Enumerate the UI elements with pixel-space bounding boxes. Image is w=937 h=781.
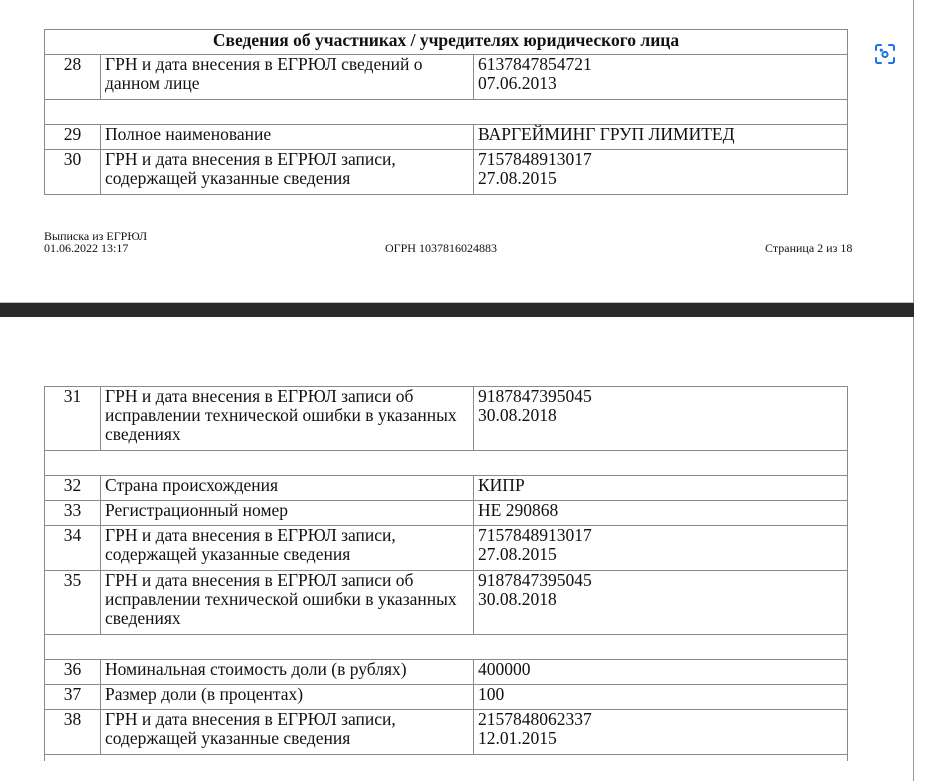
visual-lookup-icon <box>874 43 896 65</box>
field-value: 215784806233712.01.2015 <box>474 710 848 755</box>
date-value: 30.08.2018 <box>478 406 843 425</box>
field-name: Регистрационный номер <box>101 501 474 526</box>
row-number: 36 <box>45 660 101 685</box>
field-name: Полное наименование <box>101 125 474 150</box>
field-value: 715784891301727.08.2015 <box>474 526 848 571</box>
spacer-row <box>45 635 848 660</box>
field-name: ГРН и дата внесения в ЕГРЮЛ записи, соде… <box>101 150 474 195</box>
table-row: 33 Регистрационный номер НЕ 290868 <box>45 501 848 526</box>
date-value: 27.08.2015 <box>478 169 843 188</box>
visual-lookup-button[interactable] <box>874 43 896 65</box>
field-name: ГРН и дата внесения в ЕГРЮЛ записи, соде… <box>101 526 474 571</box>
table-row: 34 ГРН и дата внесения в ЕГРЮЛ записи, с… <box>45 526 848 571</box>
field-value: ВАРГЕЙМИНГ ГРУП ЛИМИТЕД <box>474 125 848 150</box>
row-number: 35 <box>45 571 101 635</box>
row-number: 31 <box>45 387 101 451</box>
footer-doc-info: Выписка из ЕГРЮЛ 01.06.2022 13:17 <box>44 230 147 254</box>
participants-table-page-3: 31 ГРН и дата внесения в ЕГРЮЛ записи об… <box>44 386 848 761</box>
table-row: 32 Страна происхождения КИПР <box>45 476 848 501</box>
table-row: 36 Номинальная стоимость доли (в рублях)… <box>45 660 848 685</box>
footer-page-number: Страница 2 из 18 <box>765 242 852 254</box>
row-number: 29 <box>45 125 101 150</box>
field-value: 400000 <box>474 660 848 685</box>
field-value: 100 <box>474 685 848 710</box>
field-name: Размер доли (в процентах) <box>101 685 474 710</box>
spacer-row <box>45 755 848 762</box>
section-title: Сведения об участниках / учредителях юри… <box>45 30 848 55</box>
field-name: Номинальная стоимость доли (в рублях) <box>101 660 474 685</box>
field-value: 613784785472107.06.2013 <box>474 55 848 100</box>
field-value: НЕ 290868 <box>474 501 848 526</box>
row-number: 30 <box>45 150 101 195</box>
row-number: 32 <box>45 476 101 501</box>
spacer-row <box>45 100 848 125</box>
table-row: 37 Размер доли (в процентах) 100 <box>45 685 848 710</box>
grn-value: 7157848913017 <box>478 150 843 169</box>
field-value: 918784739504530.08.2018 <box>474 571 848 635</box>
grn-value: 7157848913017 <box>478 526 843 545</box>
grn-value: 6137847854721 <box>478 55 843 74</box>
table-row: 29 Полное наименование ВАРГЕЙМИНГ ГРУП Л… <box>45 125 848 150</box>
row-number: 33 <box>45 501 101 526</box>
page-separator <box>0 302 914 317</box>
field-name: ГРН и дата внесения в ЕГРЮЛ записи об ис… <box>101 571 474 635</box>
table-row: 38 ГРН и дата внесения в ЕГРЮЛ записи, с… <box>45 710 848 755</box>
table-row: 31 ГРН и дата внесения в ЕГРЮЛ записи об… <box>45 387 848 451</box>
footer-datetime: 01.06.2022 13:17 <box>44 242 147 254</box>
table-row: 35 ГРН и дата внесения в ЕГРЮЛ записи об… <box>45 571 848 635</box>
date-value: 12.01.2015 <box>478 729 843 748</box>
field-name: ГРН и дата внесения в ЕГРЮЛ записи, соде… <box>101 710 474 755</box>
grn-value: 9187847395045 <box>478 571 843 590</box>
page-right-edge <box>913 0 914 781</box>
spacer-row <box>45 451 848 476</box>
footer-ogrn: ОГРН 1037816024883 <box>385 242 497 254</box>
grn-value: 2157848062337 <box>478 710 843 729</box>
field-name: Страна происхождения <box>101 476 474 501</box>
table-row: 28 ГРН и дата внесения в ЕГРЮЛ сведений … <box>45 55 848 100</box>
row-number: 37 <box>45 685 101 710</box>
field-value: 918784739504530.08.2018 <box>474 387 848 451</box>
date-value: 07.06.2013 <box>478 74 843 93</box>
row-number: 34 <box>45 526 101 571</box>
row-number: 38 <box>45 710 101 755</box>
field-name: ГРН и дата внесения в ЕГРЮЛ записи об ис… <box>101 387 474 451</box>
date-value: 27.08.2015 <box>478 545 843 564</box>
grn-value: 9187847395045 <box>478 387 843 406</box>
participants-table-page-2: Сведения об участниках / учредителях юри… <box>44 29 848 195</box>
table-row: 30 ГРН и дата внесения в ЕГРЮЛ записи, с… <box>45 150 848 195</box>
row-number: 28 <box>45 55 101 100</box>
field-name: ГРН и дата внесения в ЕГРЮЛ сведений о д… <box>101 55 474 100</box>
field-value: 715784891301727.08.2015 <box>474 150 848 195</box>
date-value: 30.08.2018 <box>478 590 843 609</box>
field-value: КИПР <box>474 476 848 501</box>
